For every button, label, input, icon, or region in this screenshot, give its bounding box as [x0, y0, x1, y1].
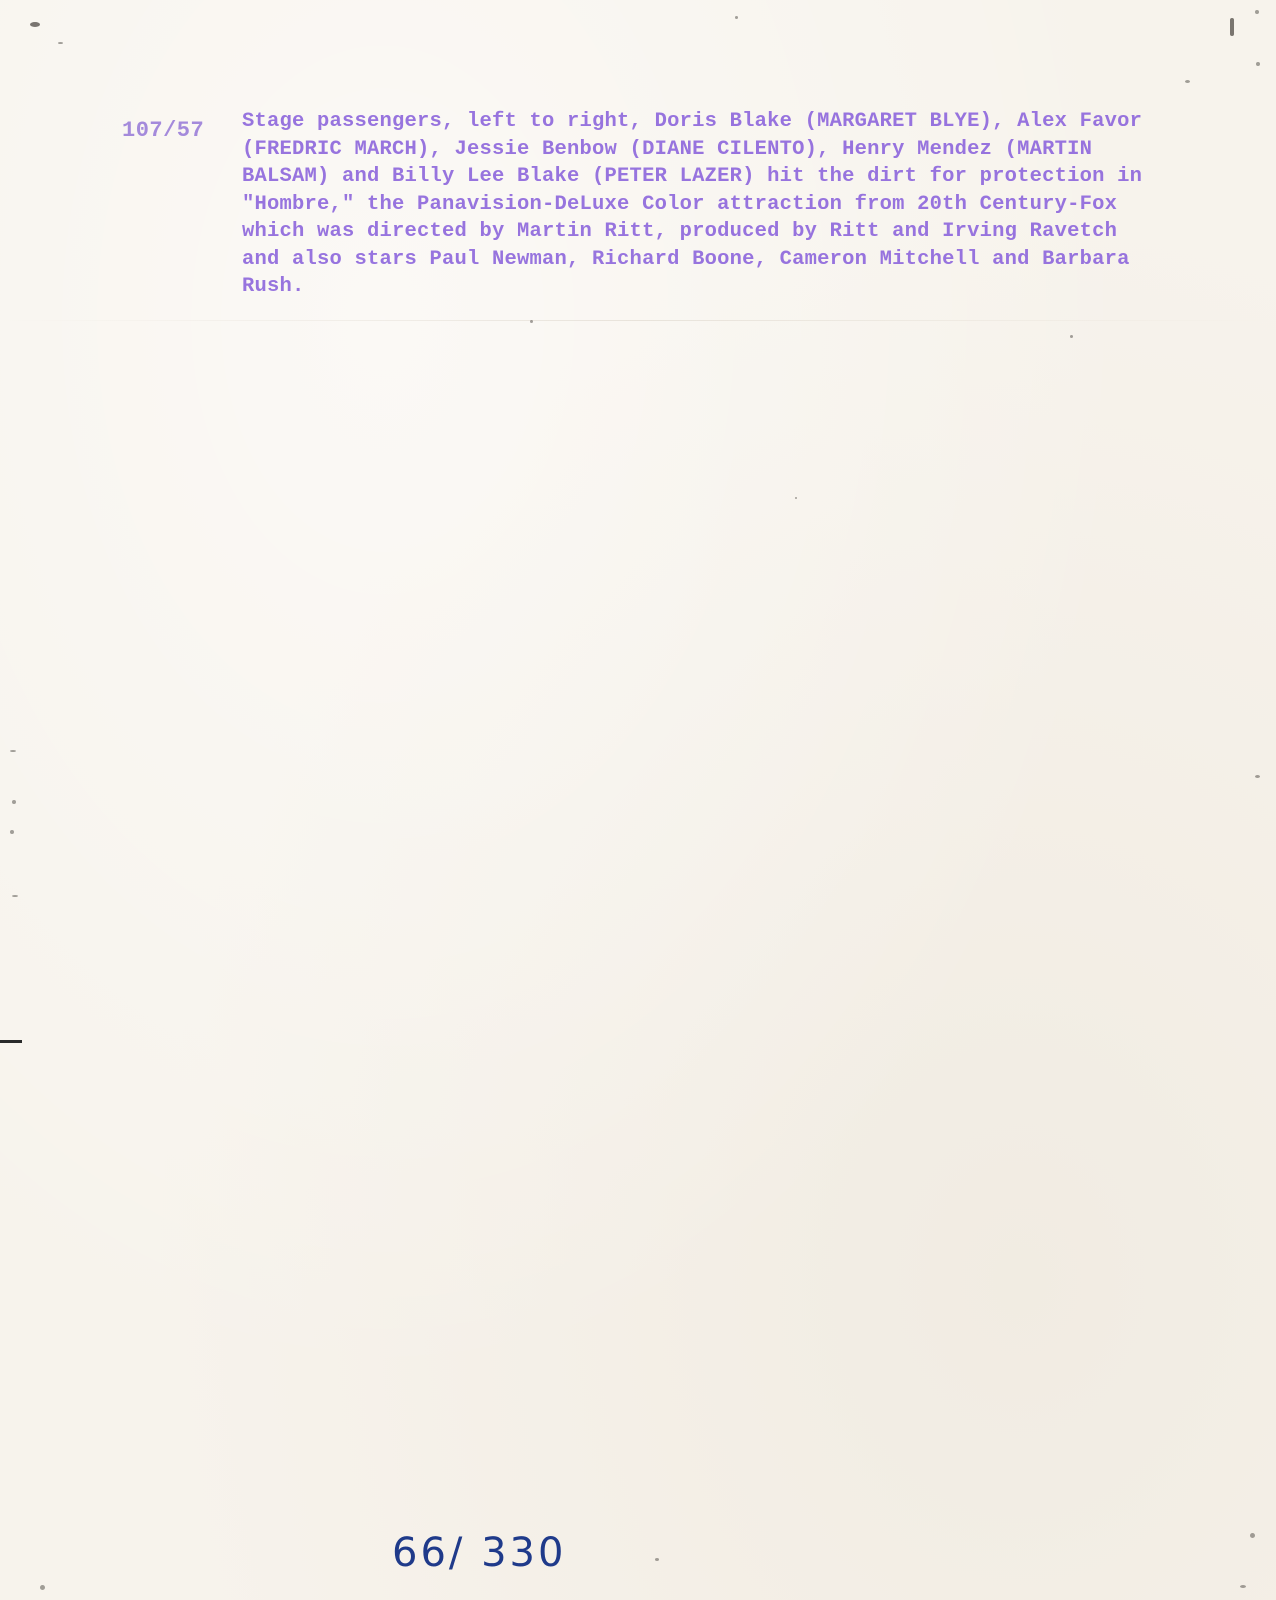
edge-mark — [0, 1040, 22, 1043]
photo-back-paper: 107/57 Stage passengers, left to right, … — [0, 0, 1276, 1600]
reference-number: 107/57 — [122, 118, 204, 143]
caption-line: BALSAM) and Billy Lee Blake (PETER LAZER… — [242, 163, 1222, 191]
wear-mark — [1230, 18, 1234, 36]
wear-mark — [1185, 80, 1190, 83]
fold-line — [0, 320, 1276, 321]
wear-mark — [12, 800, 16, 804]
wear-mark — [1240, 1585, 1246, 1588]
wear-mark — [1250, 1533, 1255, 1538]
wear-mark — [40, 1585, 45, 1590]
wear-mark — [10, 750, 16, 752]
caption-line: "Hombre," the Panavision-DeLuxe Color at… — [242, 191, 1222, 219]
wear-mark — [735, 16, 738, 19]
caption-line: and also stars Paul Newman, Richard Boon… — [242, 246, 1222, 274]
wear-mark — [12, 895, 18, 897]
wear-mark — [10, 830, 14, 834]
caption-line: (FREDRIC MARCH), Jessie Benbow (DIANE CI… — [242, 136, 1222, 164]
caption-line: which was directed by Martin Ritt, produ… — [242, 218, 1222, 246]
wear-mark — [1255, 775, 1260, 778]
caption-line: Rush. — [242, 273, 1222, 301]
wear-mark — [655, 1558, 659, 1561]
wear-mark — [1255, 10, 1259, 14]
caption-text: Stage passengers, left to right, Doris B… — [242, 108, 1222, 301]
wear-mark — [795, 497, 797, 499]
stamp-number: 66/ 330 — [392, 1530, 566, 1576]
caption-line: Stage passengers, left to right, Doris B… — [242, 108, 1222, 136]
wear-mark — [58, 42, 63, 44]
wear-mark — [30, 22, 40, 27]
wear-mark — [530, 320, 533, 323]
wear-mark — [1256, 62, 1260, 66]
wear-mark — [1070, 335, 1073, 338]
